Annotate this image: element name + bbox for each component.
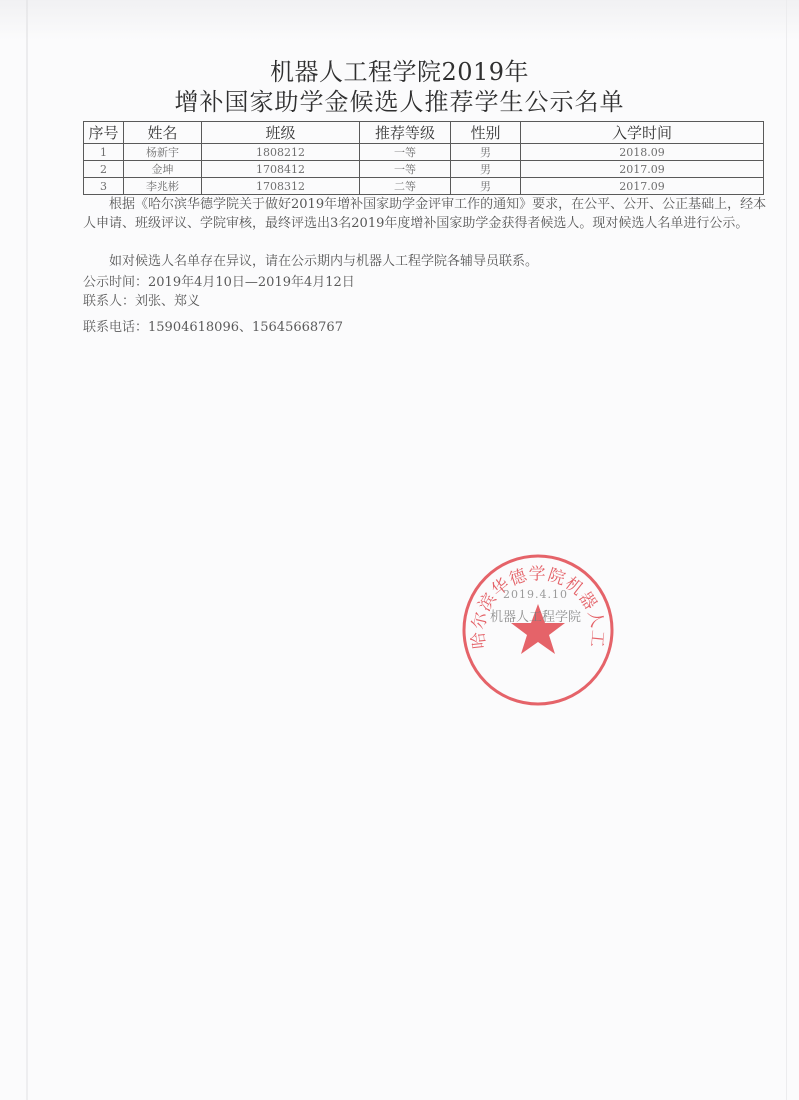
scan-artifact-right-edge <box>786 0 787 1100</box>
seal-department-stamp: 机器人工程学院 <box>490 606 581 625</box>
cell-index: 2 <box>84 161 124 178</box>
cell-class: 1708312 <box>202 178 360 195</box>
cell-enrollment: 2017.09 <box>521 161 764 178</box>
seal-date-stamp: 2019.4.10 <box>503 588 568 601</box>
header-index: 序号 <box>84 122 124 144</box>
table-header-row: 序号 姓名 班级 推荐等级 性别 入学时间 <box>84 122 764 144</box>
scan-artifact-top <box>0 0 799 40</box>
table-row: 2 金坤 1708412 一等 男 2017.09 <box>84 161 764 178</box>
table-row: 3 李兆彬 1708312 二等 男 2017.09 <box>84 178 764 195</box>
cell-grade: 一等 <box>360 161 451 178</box>
cell-gender: 男 <box>451 144 521 161</box>
cell-gender: 男 <box>451 178 521 195</box>
cell-name: 李兆彬 <box>124 178 202 195</box>
cell-index: 3 <box>84 178 124 195</box>
cell-grade: 二等 <box>360 178 451 195</box>
cell-gender: 男 <box>451 161 521 178</box>
cell-name: 金坤 <box>124 161 202 178</box>
header-enrollment: 入学时间 <box>521 122 764 144</box>
header-name: 姓名 <box>124 122 202 144</box>
seal-icon: 哈尔滨华德学院机器人工程学院 <box>460 552 616 708</box>
publicity-period: 公示时间：2019年4月10日—2019年4月12日 <box>83 271 355 290</box>
cell-grade: 一等 <box>360 144 451 161</box>
official-seal-stamp: 哈尔滨华德学院机器人工程学院 <box>460 552 616 708</box>
cell-name: 杨新宇 <box>124 144 202 161</box>
contact-phone: 联系电话：15904618096、15645668767 <box>83 316 343 335</box>
cell-class: 1708412 <box>202 161 360 178</box>
header-gender: 性别 <box>451 122 521 144</box>
candidate-table: 序号 姓名 班级 推荐等级 性别 入学时间 1 杨新宇 1808212 一等 男… <box>83 121 764 195</box>
cell-enrollment: 2018.09 <box>521 144 764 161</box>
notice-paragraph-1: 根据《哈尔滨华德学院关于做好2019年增补国家助学金评审工作的通知》要求，在公平… <box>83 195 773 233</box>
scan-artifact-left-edge <box>26 0 28 1100</box>
cell-class: 1808212 <box>202 144 360 161</box>
contact-persons: 联系人：刘张、郑义 <box>83 290 200 309</box>
header-class: 班级 <box>202 122 360 144</box>
header-grade: 推荐等级 <box>360 122 451 144</box>
notice-paragraph-2: 如对候选人名单存在异议，请在公示期内与机器人工程学院各辅导员联系。 <box>83 252 773 271</box>
table-row: 1 杨新宇 1808212 一等 男 2018.09 <box>84 144 764 161</box>
cell-index: 1 <box>84 144 124 161</box>
cell-enrollment: 2017.09 <box>521 178 764 195</box>
document-title-line-2: 增补国家助学金候选人推荐学生公示名单 <box>0 82 799 117</box>
